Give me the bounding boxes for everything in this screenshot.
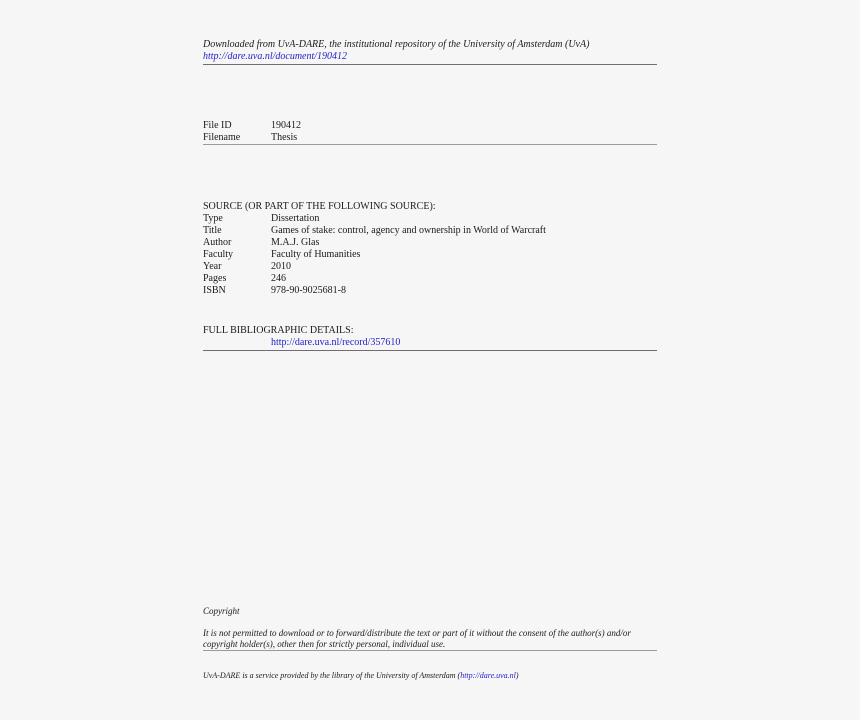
field-label: Title <box>203 225 271 237</box>
file-info-divider <box>203 144 657 145</box>
source-row-pages: Pages 246 <box>203 273 546 285</box>
footer-close-paren: ) <box>516 671 519 680</box>
file-id-row: File ID 190412 <box>203 120 301 132</box>
bibliographic-section: FULL BIBLIOGRAPHIC DETAILS: http://dare.… <box>203 325 400 349</box>
field-label: Author <box>203 237 271 249</box>
field-label: Filename <box>203 132 271 144</box>
field-value: Thesis <box>271 132 297 144</box>
bibliographic-divider <box>203 350 657 351</box>
bibliographic-row: http://dare.uva.nl/record/357610 <box>203 337 400 349</box>
record-link[interactable]: http://dare.uva.nl/record/357610 <box>271 337 400 349</box>
field-label: ISBN <box>203 285 271 297</box>
download-note: Downloaded from UvA-DARE, the institutio… <box>203 39 589 51</box>
field-label: Type <box>203 213 271 225</box>
bibliographic-heading: FULL BIBLIOGRAPHIC DETAILS: <box>203 325 400 337</box>
field-value: 978-90-9025681-8 <box>271 285 346 297</box>
source-row-author: Author M.A.J. Glas <box>203 237 546 249</box>
field-value: 2010 <box>271 261 291 273</box>
source-row-title: Title Games of stake: control, agency an… <box>203 225 546 237</box>
source-heading: SOURCE (OR PART OF THE FOLLOWING SOURCE)… <box>203 201 546 213</box>
source-row-faculty: Faculty Faculty of Humanities <box>203 249 546 261</box>
header-divider <box>203 64 657 65</box>
field-label: Year <box>203 261 271 273</box>
copyright-heading: Copyright <box>203 606 240 617</box>
spacer <box>203 337 271 349</box>
filename-row: Filename Thesis <box>203 132 301 144</box>
document-link[interactable]: http://dare.uva.nl/document/190412 <box>203 51 347 63</box>
field-value: 190412 <box>271 120 301 132</box>
field-value: M.A.J. Glas <box>271 237 319 249</box>
footer-note: UvA-DARE is a service provided by the li… <box>203 671 519 681</box>
field-value: 246 <box>271 273 286 285</box>
source-row-isbn: ISBN 978-90-9025681-8 <box>203 285 546 297</box>
footer-service-text: UvA-DARE is a service provided by the li… <box>203 671 460 680</box>
source-row-year: Year 2010 <box>203 261 546 273</box>
field-value: Games of stake: control, agency and owne… <box>271 225 546 237</box>
source-section: SOURCE (OR PART OF THE FOLLOWING SOURCE)… <box>203 201 546 297</box>
source-row-type: Type Dissertation <box>203 213 546 225</box>
copyright-divider <box>203 650 657 651</box>
copyright-text: It is not permitted to download or to fo… <box>203 628 657 650</box>
field-label: File ID <box>203 120 271 132</box>
file-info: File ID 190412 Filename Thesis <box>203 120 301 144</box>
field-value: Dissertation <box>271 213 319 225</box>
footer-service-link[interactable]: http://dare.uva.nl <box>460 671 516 680</box>
field-value: Faculty of Humanities <box>271 249 360 261</box>
field-label: Faculty <box>203 249 271 261</box>
field-label: Pages <box>203 273 271 285</box>
